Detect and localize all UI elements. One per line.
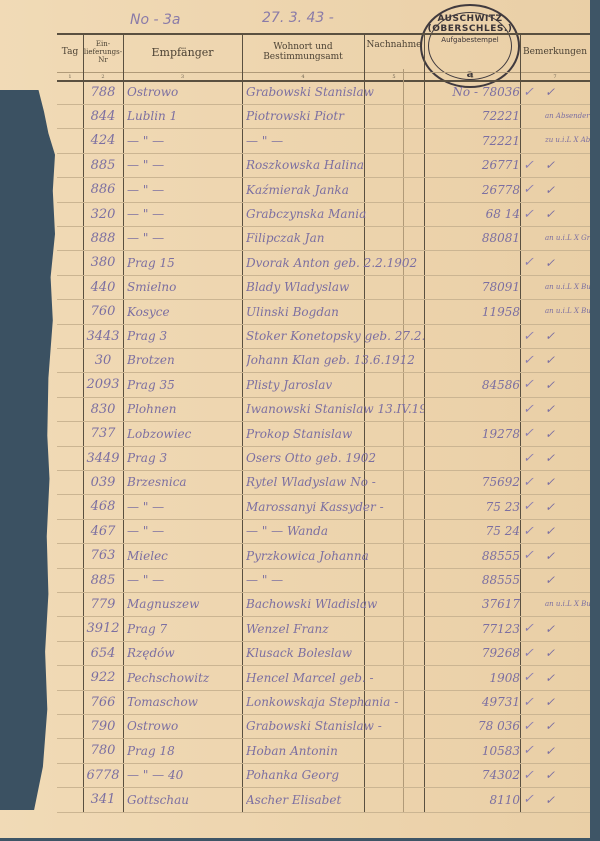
entry-number: 3443 <box>83 324 123 348</box>
recipient-place: Lublin 1 <box>127 104 239 128</box>
table-row: 468— " —Marossanyi Kassyder -75 23✓✓ <box>57 495 590 520</box>
remark: ✓ <box>545 446 590 470</box>
recipient-name: Pyrzkowica Johanna <box>246 544 424 568</box>
entry-number: 2093 <box>83 373 123 397</box>
entry-number: 468 <box>83 495 123 519</box>
recipient-place: — " — <box>127 202 239 226</box>
remark: ✓ <box>545 324 590 348</box>
table-row: 790OstrowoGrabowski Stanislaw -78 036✓✓ <box>57 714 590 739</box>
cod-amount: 26771 <box>424 153 524 177</box>
table-row: 320— " —Grabczynska Mania68 14✓✓ <box>57 202 590 227</box>
recipient-name: — " — <box>246 129 424 153</box>
col-header-tag: Tag <box>57 35 83 71</box>
check-mark: ✓ <box>523 153 543 177</box>
entry-number: 424 <box>83 129 123 153</box>
check-mark <box>523 104 543 128</box>
recipient-place: — " — <box>127 226 239 250</box>
cod-amount: 74302 <box>424 763 524 787</box>
cod-amount: 10583 <box>424 739 524 763</box>
recipient-name: Grabowski Stanislaw - <box>246 714 424 738</box>
recipient-name: Dvorak Anton geb. 2.2.1902 <box>246 251 424 275</box>
recipient-name: Stoker Konetopsky geb. 27.2.1872 <box>246 324 424 348</box>
table-row: 763MielecPyrzkowica Johanna88555✓✓ <box>57 544 590 569</box>
check-mark <box>523 592 543 616</box>
table-row: 788OstrowoGrabowski StanislawNo - 78036✓… <box>57 80 590 105</box>
check-mark: ✓ <box>523 470 543 494</box>
cod-amount: 79268 <box>424 641 524 665</box>
col-header-place: Wohnort und Bestimmungsamt <box>242 35 364 71</box>
recipient-place: — " — <box>127 153 239 177</box>
entry-number: 737 <box>83 422 123 446</box>
check-mark: ✓ <box>523 446 543 470</box>
check-mark: ✓ <box>523 397 543 421</box>
recipient-name: Rytel Wladyslaw No - <box>246 470 424 494</box>
recipient-place: Brotzen <box>127 348 239 372</box>
recipient-name: Lonkowskaja Stephania - <box>246 690 424 714</box>
remark: an Absender u.i.L X <box>545 104 590 128</box>
recipient-place: Prag 3 <box>127 446 239 470</box>
cod-amount: 72221 <box>424 104 524 128</box>
sheet-date: 27. 3. 43 - <box>262 10 334 26</box>
table-row: 3912Prag 7Wenzel Franz77123✓✓ <box>57 617 590 642</box>
recipient-place: Ostrowo <box>127 714 239 738</box>
col-header-remarks: Bemerkungen <box>520 35 590 71</box>
table-row: 830PlohnenIwanowski Stanislaw 13.IV.1902… <box>57 397 590 422</box>
check-mark: ✓ <box>523 495 543 519</box>
remark: ✓ <box>545 495 590 519</box>
remark: an u.i.L X Buchenwald <box>545 300 590 324</box>
table-row: 341GottschauAscher Elisabet8110✓✓ <box>57 788 590 813</box>
remark: ✓ <box>545 153 590 177</box>
check-mark: ✓ <box>523 202 543 226</box>
entry-number: 3449 <box>83 446 123 470</box>
check-mark <box>523 129 543 153</box>
entry-number: 844 <box>83 104 123 128</box>
table-row: 779MagnuszewBachowski Wladislaw37617an u… <box>57 592 590 617</box>
check-mark: ✓ <box>523 348 543 372</box>
check-mark: ✓ <box>523 617 543 641</box>
entry-number: 30 <box>83 348 123 372</box>
recipient-place: Prag 7 <box>127 617 239 641</box>
recipient-name: Grabczynska Mania <box>246 202 424 226</box>
recipient-place: Lobzowiec <box>127 422 239 446</box>
remark: ✓ <box>545 80 590 104</box>
remark: ✓ <box>545 348 590 372</box>
entry-number: 320 <box>83 202 123 226</box>
table-row: 760KosyceUlinski Bogdan11958an u.i.L X B… <box>57 300 590 325</box>
recipient-name: Johann Klan geb. 13.6.1912 <box>246 348 424 372</box>
remark: an u.i.L X Gross-Rosen <box>545 226 590 250</box>
cod-amount: No - 78036 <box>424 80 524 104</box>
cod-amount: 72221 <box>424 129 524 153</box>
cod-amount: 78091 <box>424 275 524 299</box>
check-mark: ✓ <box>523 178 543 202</box>
check-mark: ✓ <box>523 739 543 763</box>
table-row: 654RzędówKlusack Boleslaw79268✓✓ <box>57 641 590 666</box>
entry-number: 341 <box>83 788 123 812</box>
entry-number: 3912 <box>83 617 123 641</box>
recipient-place: Prag 18 <box>127 739 239 763</box>
table-row: 844Lublin 1Piotrowski Piotr72221an Absen… <box>57 104 590 129</box>
table-row: 885— " —— " —88555✓ <box>57 568 590 593</box>
recipient-place: Ostrowo <box>127 80 239 104</box>
remark: ✓ <box>545 470 590 494</box>
remark: an u.i.L X Buchenwald <box>545 275 590 299</box>
check-mark: ✓ <box>523 519 543 543</box>
entry-number: 886 <box>83 178 123 202</box>
remark: ✓ <box>545 251 590 275</box>
check-mark <box>523 275 543 299</box>
recipient-place: — " — <box>127 519 239 543</box>
recipient-place: Rzędów <box>127 641 239 665</box>
recipient-place: Gottschau <box>127 788 239 812</box>
torn-edge <box>0 90 55 810</box>
check-mark: ✓ <box>523 544 543 568</box>
table-row: 467— " —— " — Wanda75 24✓✓ <box>57 519 590 544</box>
cod-amount: 37617 <box>424 592 524 616</box>
entry-number: 885 <box>83 568 123 592</box>
entry-number: 760 <box>83 300 123 324</box>
remark: ✓ <box>545 544 590 568</box>
check-mark: ✓ <box>523 714 543 738</box>
recipient-name: Piotrowski Piotr <box>246 104 424 128</box>
cod-amount: 19278 <box>424 422 524 446</box>
remark: ✓ <box>545 690 590 714</box>
recipient-name: Prokop Stanislaw <box>246 422 424 446</box>
entry-number: 780 <box>83 739 123 763</box>
check-mark: ✓ <box>523 788 543 812</box>
check-mark: ✓ <box>523 251 543 275</box>
cod-amount: 1908 <box>424 666 524 690</box>
cod-amount: 26778 <box>424 178 524 202</box>
remark: ✓ <box>545 714 590 738</box>
table-row: 3443Prag 3Stoker Konetopsky geb. 27.2.18… <box>57 324 590 349</box>
ledger-page: No - 3a 27. 3. 43 - AUSCHWITZ (OBERSCHLE… <box>0 0 590 838</box>
entry-number: 440 <box>83 275 123 299</box>
check-mark <box>523 300 543 324</box>
check-mark <box>523 568 543 592</box>
cod-amount: 75 24 <box>424 519 524 543</box>
table-row: 888— " —Filipczak Jan88081an u.i.L X Gro… <box>57 226 590 251</box>
cod-amount: 49731 <box>424 690 524 714</box>
cod-amount: 75692 <box>424 470 524 494</box>
cod-amount: 11958 <box>424 300 524 324</box>
recipient-name: Kaźmierak Janka <box>246 178 424 202</box>
entry-number: 779 <box>83 592 123 616</box>
cod-amount <box>424 446 524 470</box>
entry-number: 788 <box>83 80 123 104</box>
remark: ✓ <box>545 568 590 592</box>
recipient-name: Ascher Elisabet <box>246 788 424 812</box>
entry-number: 654 <box>83 641 123 665</box>
check-mark: ✓ <box>523 422 543 446</box>
recipient-place: Smielno <box>127 275 239 299</box>
check-mark: ✓ <box>523 324 543 348</box>
cod-amount <box>424 348 524 372</box>
recipient-name: Hencel Marcel geb. - <box>246 666 424 690</box>
cod-amount: 68 14 <box>424 202 524 226</box>
remark: ✓ <box>545 739 590 763</box>
table-row: 6778— " — 40Pohanka Georg74302✓✓ <box>57 763 590 788</box>
remark: ✓ <box>545 763 590 787</box>
remark: ✓ <box>545 178 590 202</box>
check-mark: ✓ <box>523 666 543 690</box>
check-mark: ✓ <box>523 763 543 787</box>
recipient-place: Kosyce <box>127 300 239 324</box>
recipient-place: Prag 3 <box>127 324 239 348</box>
entry-number: 6778 <box>83 763 123 787</box>
recipient-name: Wenzel Franz <box>246 617 424 641</box>
cod-amount <box>424 251 524 275</box>
recipient-name: Filipczak Jan <box>246 226 424 250</box>
cod-amount <box>424 397 524 421</box>
entry-number: 763 <box>83 544 123 568</box>
table-row: 039BrzesnicaRytel Wladyslaw No -75692✓✓ <box>57 470 590 495</box>
remark: ✓ <box>545 397 590 421</box>
recipient-place: Magnuszew <box>127 592 239 616</box>
table-row: 2093Prag 35Plisty Jaroslav84586✓✓ <box>57 373 590 398</box>
col-header-recipient: Empfänger <box>123 35 242 71</box>
recipient-place: Tomaschow <box>127 690 239 714</box>
recipient-name: Klusack Boleslaw <box>246 641 424 665</box>
recipient-name: Roszkowska Halina <box>246 153 424 177</box>
col-header-nr: Ein-lieferungs-Nr <box>83 35 123 71</box>
recipient-place: — " — <box>127 178 239 202</box>
recipient-name: Marossanyi Kassyder - <box>246 495 424 519</box>
entry-number: 885 <box>83 153 123 177</box>
recipient-name: — " — Wanda <box>246 519 424 543</box>
remark: zu u.i.L X Absender <box>545 129 590 153</box>
entry-number: 467 <box>83 519 123 543</box>
entry-number: 790 <box>83 714 123 738</box>
entry-number: 922 <box>83 666 123 690</box>
entry-number: 039 <box>83 470 123 494</box>
recipient-name: Grabowski Stanislaw <box>246 80 424 104</box>
check-mark: ✓ <box>523 641 543 665</box>
cod-amount: 88081 <box>424 226 524 250</box>
recipient-name: Hoban Antonin <box>246 739 424 763</box>
cod-amount <box>424 324 524 348</box>
sheet-number: No - 3a <box>130 12 180 28</box>
recipient-name: Pohanka Georg <box>246 763 424 787</box>
cod-amount: 88555 <box>424 544 524 568</box>
remark: ✓ <box>545 641 590 665</box>
col-header-cod: Nachnahme <box>364 35 424 77</box>
entry-number: 766 <box>83 690 123 714</box>
cod-amount: 78 036 <box>424 714 524 738</box>
check-mark: ✓ <box>523 690 543 714</box>
recipient-place: Mielec <box>127 544 239 568</box>
recipient-name: — " — <box>246 568 424 592</box>
entry-number: 830 <box>83 397 123 421</box>
remark: ✓ <box>545 788 590 812</box>
remark: ✓ <box>545 519 590 543</box>
entry-number: 380 <box>83 251 123 275</box>
table-row: 885— " —Roszkowska Halina26771✓✓ <box>57 153 590 178</box>
table-row: 440SmielnoBlady Wladyslaw78091an u.i.L X… <box>57 275 590 300</box>
recipient-place: Prag 35 <box>127 373 239 397</box>
table-row: 766TomaschowLonkowskaja Stephania -49731… <box>57 690 590 715</box>
remark: ✓ <box>545 422 590 446</box>
table-row: 424— " —— " —72221zu u.i.L X Absender <box>57 129 590 154</box>
remark: ✓ <box>545 202 590 226</box>
cod-amount: 77123 <box>424 617 524 641</box>
recipient-place: Prag 15 <box>127 251 239 275</box>
stamp-town: AUSCHWITZ (OBERSCHLES.) <box>422 14 518 34</box>
check-mark: ✓ <box>523 373 543 397</box>
remark: ✓ <box>545 617 590 641</box>
check-mark <box>523 226 543 250</box>
recipient-place: Pechschowitz <box>127 666 239 690</box>
recipient-place: — " — <box>127 568 239 592</box>
table-row: 30BrotzenJohann Klan geb. 13.6.1912✓✓ <box>57 348 590 373</box>
entry-number: 888 <box>83 226 123 250</box>
recipient-place: Plohnen <box>127 397 239 421</box>
page-edge <box>590 0 600 841</box>
recipient-name: Bachowski Wladislaw <box>246 592 424 616</box>
table-row: 780Prag 18Hoban Antonin10583✓✓ <box>57 739 590 764</box>
table-row: 3449Prag 3Osers Otto geb. 1902✓✓ <box>57 446 590 471</box>
cod-amount: 75 23 <box>424 495 524 519</box>
cod-amount: 84586 <box>424 373 524 397</box>
remark: an u.i.L X Buchenwald <box>545 592 590 616</box>
recipient-name: Osers Otto geb. 1902 <box>246 446 424 470</box>
check-mark: ✓ <box>523 80 543 104</box>
table-row: 922PechschowitzHencel Marcel geb. -1908✓… <box>57 666 590 691</box>
recipient-place: — " — <box>127 495 239 519</box>
recipient-name: Iwanowski Stanislaw 13.IV.1902 <box>246 397 424 421</box>
recipient-place: — " — 40 <box>127 763 239 787</box>
table-row: 380Prag 15Dvorak Anton geb. 2.2.1902✓✓ <box>57 251 590 276</box>
recipient-name: Blady Wladyslaw <box>246 275 424 299</box>
recipient-name: Ulinski Bogdan <box>246 300 424 324</box>
table-row: 737LobzowiecProkop Stanislaw19278✓✓ <box>57 422 590 447</box>
remark: ✓ <box>545 666 590 690</box>
recipient-name: Plisty Jaroslav <box>246 373 424 397</box>
cod-amount: 8110 <box>424 788 524 812</box>
remark: ✓ <box>545 373 590 397</box>
table-row: 886— " —Kaźmierak Janka26778✓✓ <box>57 178 590 203</box>
cod-amount: 88555 <box>424 568 524 592</box>
table-header: Tag Ein-lieferungs-Nr Empfänger Wohnort … <box>57 33 590 82</box>
recipient-place: Brzesnica <box>127 470 239 494</box>
recipient-place: — " — <box>127 129 239 153</box>
